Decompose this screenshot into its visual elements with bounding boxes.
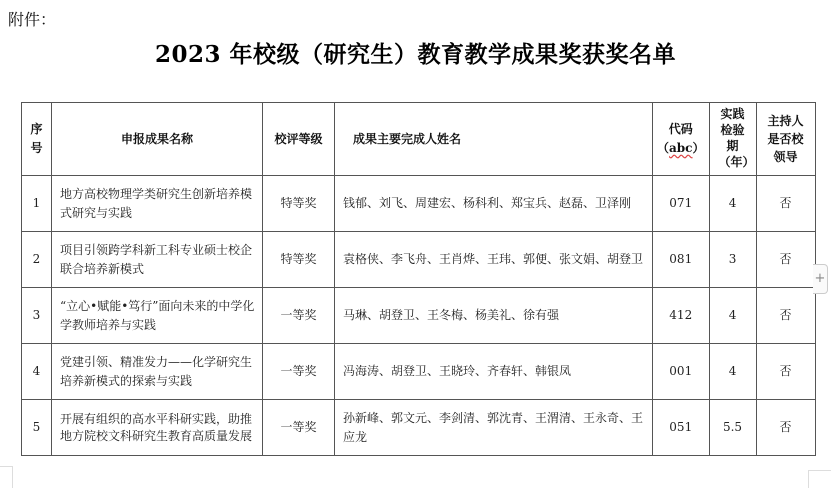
cell-name: 开展有组织的高水平科研实践，助推地方院校文科研究生教育高质量发展 <box>52 400 263 456</box>
cell-members: 袁格侠、李飞舟、王肖烨、王玮、郭便、张文娟、胡登卫 <box>335 232 653 288</box>
table-row: 5 开展有组织的高水平科研实践，助推地方院校文科研究生教育高质量发展 一等奖 孙… <box>22 400 816 456</box>
header-members: 成果主要完成人姓名 <box>335 103 653 176</box>
plus-icon: + <box>815 271 826 286</box>
cell-grade: 一等奖 <box>263 288 335 344</box>
cell-code: 071 <box>653 176 710 232</box>
awards-table: 序号 申报成果名称 校评等级 成果主要完成人姓名 代码 （abc） 实践检验期（… <box>21 102 816 456</box>
header-period: 实践检验期（年） <box>709 103 756 176</box>
cell-name: 地方高校物理学类研究生创新培养模式研究与实践 <box>52 176 263 232</box>
cell-seq: 4 <box>22 344 52 400</box>
table-header-row: 序号 申报成果名称 校评等级 成果主要完成人姓名 代码 （abc） 实践检验期（… <box>22 103 816 176</box>
page-corner-right <box>808 470 831 488</box>
cell-members: 孙新峰、郭文元、李剑清、郭沈青、王渭清、王永奇、王应龙 <box>335 400 653 456</box>
cell-leader: 否 <box>756 400 815 456</box>
cell-members: 钱郁、刘飞、周建宏、杨科利、郑宝兵、赵磊、卫泽刚 <box>335 176 653 232</box>
cell-code: 001 <box>653 344 710 400</box>
cell-leader: 否 <box>756 232 815 288</box>
cell-members: 马琳、胡登卫、王冬梅、杨美礼、徐有强 <box>335 288 653 344</box>
cell-grade: 特等奖 <box>263 232 335 288</box>
cell-period: 4 <box>709 176 756 232</box>
header-seq: 序号 <box>22 103 52 176</box>
cell-seq: 3 <box>22 288 52 344</box>
cell-seq: 1 <box>22 176 52 232</box>
table-row: 4 党建引领、精准发力——化学研究生培养新模式的探索与实践 一等奖 冯海涛、胡登… <box>22 344 816 400</box>
spellcheck-abc: abc <box>669 141 692 155</box>
cell-period: 5.5 <box>709 400 756 456</box>
cell-leader: 否 <box>756 344 815 400</box>
cell-name: “立心•赋能•笃行”面向未来的中学化学教师培养与实践 <box>52 288 263 344</box>
cell-period: 3 <box>709 232 756 288</box>
header-grade: 校评等级 <box>263 103 335 176</box>
cell-name: 党建引领、精准发力——化学研究生培养新模式的探索与实践 <box>52 344 263 400</box>
cell-name: 项目引领跨学科新工科专业硕士校企联合培养新模式 <box>52 232 263 288</box>
cell-grade: 一等奖 <box>263 344 335 400</box>
cell-code: 051 <box>653 400 710 456</box>
cell-leader: 否 <box>756 288 815 344</box>
cell-members: 冯海涛、胡登卫、王晓玲、齐春轩、韩银凤 <box>335 344 653 400</box>
attachment-label: 附件： <box>8 7 56 30</box>
table-row: 3 “立心•赋能•笃行”面向未来的中学化学教师培养与实践 一等奖 马琳、胡登卫、… <box>22 288 816 344</box>
cell-period: 4 <box>709 344 756 400</box>
cell-period: 4 <box>709 288 756 344</box>
cell-leader: 否 <box>756 176 815 232</box>
cell-grade: 一等奖 <box>263 400 335 456</box>
document-title: 2023 年校级（研究生）教育教学成果奖获奖名单 <box>0 36 831 69</box>
table-row: 2 项目引领跨学科新工科专业硕士校企联合培养新模式 特等奖 袁格侠、李飞舟、王肖… <box>22 232 816 288</box>
cell-code: 081 <box>653 232 710 288</box>
page-corner-left <box>0 466 13 488</box>
cell-code: 412 <box>653 288 710 344</box>
header-code: 代码 （abc） <box>653 103 710 176</box>
cell-grade: 特等奖 <box>263 176 335 232</box>
table-row: 1 地方高校物理学类研究生创新培养模式研究与实践 特等奖 钱郁、刘飞、周建宏、杨… <box>22 176 816 232</box>
header-leader: 主持人是否校领导 <box>756 103 815 176</box>
cell-seq: 2 <box>22 232 52 288</box>
header-name: 申报成果名称 <box>52 103 263 176</box>
add-row-button[interactable]: + <box>813 264 828 294</box>
cell-seq: 5 <box>22 400 52 456</box>
